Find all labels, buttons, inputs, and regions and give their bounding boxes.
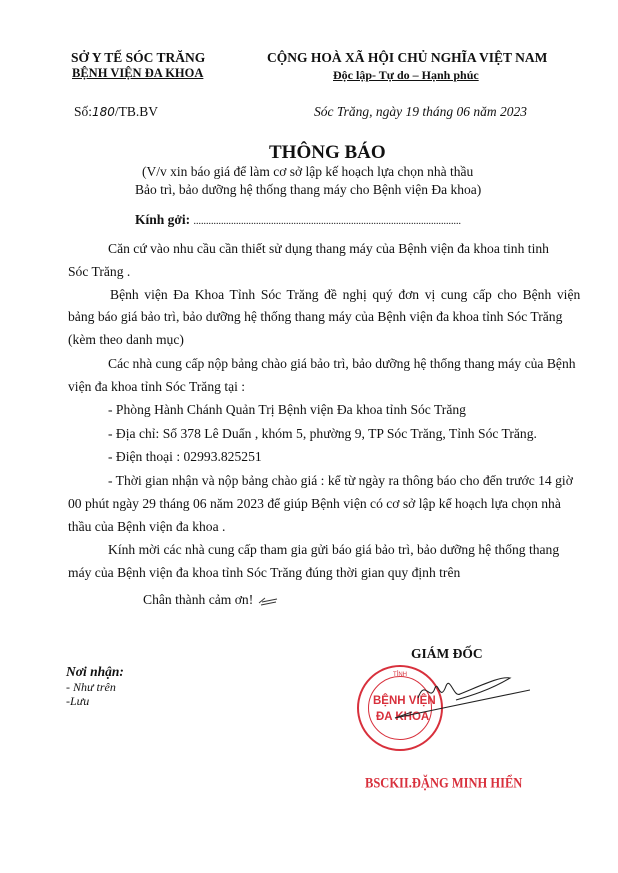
recipient-label: Kính gởi:	[135, 212, 190, 227]
document-number: Số:180/TB.BV	[74, 104, 158, 120]
signer-position: GIÁM ĐỐC	[411, 646, 483, 662]
item-time-line-2: 00 phút ngày 29 tháng 06 năm 2023 để giú…	[68, 494, 561, 514]
place-date: Sóc Trăng, ngày 19 tháng 06 năm 2023	[314, 104, 527, 120]
item-time-line-1: - Thời gian nhận và nộp bảng chào giá : …	[108, 471, 573, 491]
signature-icon	[390, 668, 530, 728]
recipient-blank: ........................................…	[194, 216, 462, 227]
org-department: SỞ Y TẾ SÓC TRĂNG	[71, 50, 205, 66]
recipient-item: -Lưu	[66, 694, 89, 709]
org-hospital: BỆNH VIỆN ĐA KHOA	[72, 66, 203, 81]
para-3-line-2: viện đa khoa tỉnh Sóc Trăng tại :	[68, 377, 245, 397]
document-title: THÔNG BÁO	[269, 142, 386, 164]
subject-line-1: (V/v xin báo giá để làm cơ sở lập kế hoạ…	[142, 164, 473, 180]
item-address: - Địa chỉ: Số 378 Lê Duẩn , khóm 5, phườ…	[108, 424, 537, 444]
para-2-line-3: (kèm theo danh mục)	[68, 330, 184, 350]
nation-title: CỘNG HOÀ XÃ HỘI CHỦ NGHĨA VIỆT NAM	[267, 50, 547, 66]
item-phone: - Điện thoại : 02993.825251	[108, 447, 262, 467]
para-1-line-2: Sóc Trăng .	[68, 262, 130, 282]
para-4-line-1: Kính mời các nhà cung cấp tham gia gửi b…	[108, 540, 559, 560]
national-motto: Độc lập- Tự do – Hạnh phúc	[333, 68, 479, 83]
para-4-line-2: máy của Bệnh viện đa khoa tỉnh Sóc Trăng…	[68, 563, 460, 583]
item-office: - Phòng Hành Chánh Quản Trị Bệnh viện Đa…	[108, 400, 466, 420]
recipient-item: - Như trên	[66, 680, 116, 695]
para-1-line-1: Căn cứ vào nhu cầu cần thiết sử dụng tha…	[108, 239, 549, 259]
para-2-line-1: Bệnh viện Đa Khoa Tỉnh Sóc Trăng đề nghị…	[110, 285, 580, 305]
doc-number-prefix: Số:	[74, 104, 92, 119]
doc-number-handwritten: 180	[92, 105, 115, 119]
closing: Chân thành cảm ơn!	[143, 590, 279, 610]
subject-line-2: Bảo trì, bảo dưỡng hệ thống thang máy ch…	[135, 182, 481, 198]
item-time-line-3: thầu của Bệnh viện đa khoa .	[68, 517, 225, 537]
recipient-line: Kính gởi: ..............................…	[135, 212, 461, 228]
signer-name: BSCKII.ĐẶNG MINH HIỂN	[365, 775, 522, 792]
para-3-line-1: Các nhà cung cấp nộp bảng chào giá bảo t…	[108, 354, 576, 374]
closing-text: Chân thành cảm ơn!	[143, 592, 253, 607]
doc-number-suffix: /TB.BV	[115, 104, 158, 119]
initial-mark-icon	[257, 596, 279, 606]
recipients-label: Nơi nhận:	[66, 664, 124, 680]
para-2-line-2: bảng báo giá bảo trì, bảo dưỡng hệ thống…	[68, 307, 562, 327]
